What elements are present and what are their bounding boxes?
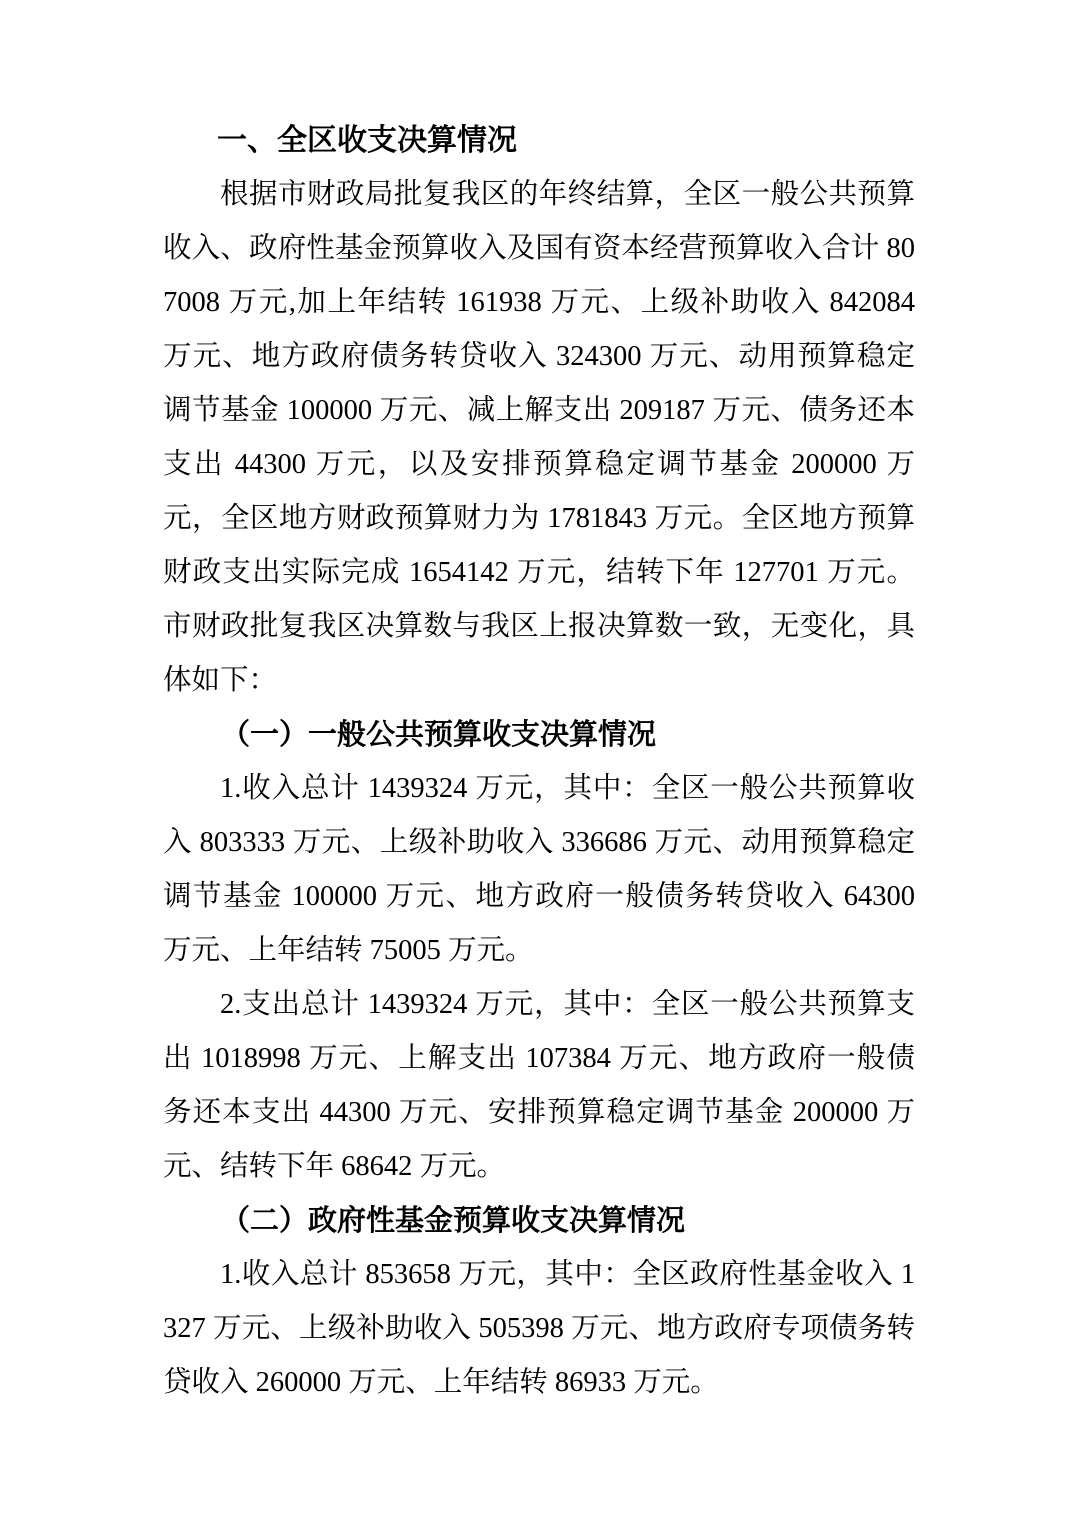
document-page: 一、全区收支决算情况 根据市财政局批复我区的年终结算，全区一般公共预算收入、政府… bbox=[163, 114, 915, 1410]
subsection-2-heading: （二）政府性基金预算收支决算情况 bbox=[163, 1194, 915, 1248]
section-title: 一、全区收支决算情况 bbox=[163, 114, 915, 168]
intro-paragraph: 根据市财政局批复我区的年终结算，全区一般公共预算收入、政府性基金预算收入及国有资… bbox=[163, 168, 915, 708]
subsection-2-income-paragraph: 1.收入总计 853658 万元，其中：全区政府性基金收入 1327 万元、上级… bbox=[163, 1248, 915, 1410]
subsection-1-heading: （一）一般公共预算收支决算情况 bbox=[163, 708, 915, 762]
subsection-1-expenditure-paragraph: 2.支出总计 1439324 万元，其中：全区一般公共预算支出 1018998 … bbox=[163, 978, 915, 1194]
subsection-1-income-paragraph: 1.收入总计 1439324 万元，其中：全区一般公共预算收入 803333 万… bbox=[163, 762, 915, 978]
